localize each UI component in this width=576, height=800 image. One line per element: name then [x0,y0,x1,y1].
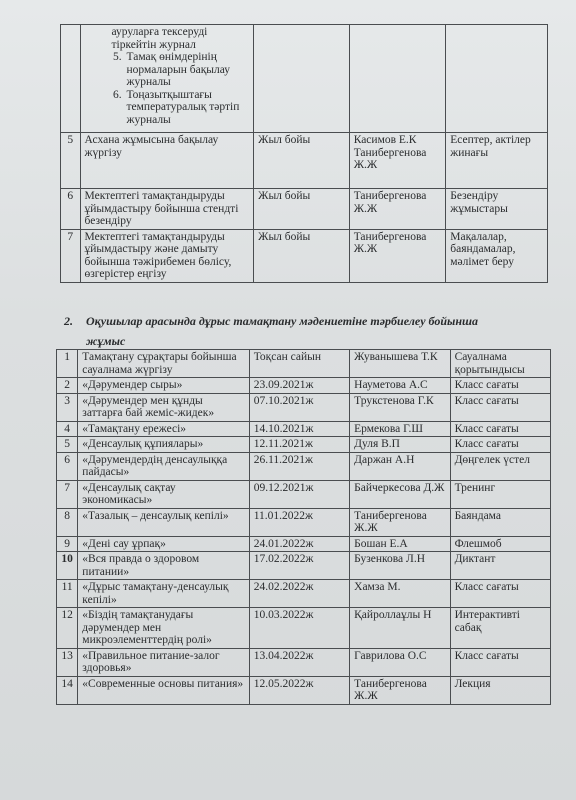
result-cell: Безендіру жұмыстары [446,189,548,230]
table-row: 5«Денсаулық құпиялары»12.11.2021жДуля В.… [57,437,551,453]
responsible-cell: Науметова А.С [350,378,450,394]
result-cell: Дөңгелек үстел [450,452,550,480]
row-number: 6 [61,189,81,230]
result-cell: Класс сағаты [450,648,550,676]
task-cell: ауруларға тексеруді тіркейтін журнал Там… [80,25,254,133]
responsible-cell: Даржан А.Н [350,452,450,480]
table-row: ауруларға тексеруді тіркейтін журнал Там… [61,25,548,133]
responsible-cell: Танибергенова Ж.Ж [349,229,446,282]
table-row: 12«Біздің тамақтанудағы дәрумендер мен м… [57,608,551,649]
when-cell: 13.04.2022ж [249,648,349,676]
responsible-cell: Танибергенова Ж.Ж [349,189,446,230]
task-cell: «Дәрумендер сыры» [78,378,249,394]
result-cell: Класс сағаты [450,580,550,608]
result-cell: Класс сағаты [450,437,550,453]
result-cell: Диктант [450,552,550,580]
task-cell: Мектептегі тамақтандыруды ұйымдастыру бо… [80,189,254,230]
when-cell: 11.01.2022ж [249,508,349,536]
row-number: 14 [57,676,78,704]
result-cell: Баяндама [450,508,550,536]
row-number: 7 [57,480,78,508]
task-cell: «Дені сау ұрпақ» [78,536,249,552]
task-cell: «Дәрумендердің денсаулыққа пайдасы» [78,452,249,480]
table-row: 6 Мектептегі тамақтандыруды ұйымдастыру … [61,189,548,230]
responsible-cell: Бузенкова Л.Н [350,552,450,580]
row-number: 7 [61,229,81,282]
when-cell: 17.02.2022ж [249,552,349,580]
result-cell: Сауалнама қорытындысы [450,350,550,378]
when-cell: Жыл бойы [254,229,350,282]
section-title-line1: Оқушылар арасында дұрыс тамақтану мәдени… [86,314,478,328]
journal-list: Тамақ өнімдерінің нормаларын бақылау жур… [85,51,250,126]
list-item: Тоңазытқыштағы температуралық тәртіп жур… [125,89,250,127]
when-cell: 12.11.2021ж [249,437,349,453]
list-item: Тамақ өнімдерінің нормаларын бақылау жур… [125,51,250,89]
responsible-cell: Танибергенова Ж.Ж [350,676,450,704]
row-number: 11 [57,580,78,608]
row-number: 8 [57,508,78,536]
responsible-cell: Дуля В.П [350,437,450,453]
table-row: 9«Дені сау ұрпақ»24.01.2022жБошан Е.АФле… [57,536,551,552]
table-row: 2«Дәрумендер сыры»23.09.2021жНауметова А… [57,378,551,394]
row-number: 12 [57,608,78,649]
table-row: 7«Денсаулық сақтау экономикасы»09.12.202… [57,480,551,508]
table-row: 13«Правильное питание-залог здоровья»13.… [57,648,551,676]
responsible-cell [349,25,446,133]
table-row: 6«Дәрумендердің денсаулыққа пайдасы»26.1… [57,452,551,480]
result-cell: Лекция [450,676,550,704]
row-number: 5 [61,133,81,189]
section-title-line2: жұмыс [64,331,524,351]
table-row: 4«Тамақтану ережесі»14.10.2021жЕрмекова … [57,421,551,437]
row-number [61,25,81,133]
row-number: 4 [57,421,78,437]
responsible-cell: Гаврилова О.С [350,648,450,676]
document-page: ауруларға тексеруді тіркейтін журнал Там… [0,0,576,800]
task-cell: «Тамақтану ережесі» [78,421,249,437]
when-cell [254,25,350,133]
when-cell: 24.02.2022ж [249,580,349,608]
responsible-cell: Хамза М. [350,580,450,608]
table-row: 7 Мектептегі тамақтандыруды ұйымдастыру … [61,229,548,282]
section-heading: 2.Оқушылар арасында дұрыс тамақтану мәде… [64,311,524,351]
table-row: 3«Дәрумендер мен құнды заттарға бай жемі… [57,393,551,421]
task-cell: «Біздің тамақтанудағы дәрумендер мен мик… [78,608,249,649]
continuation-text: ауруларға тексеруді тіркейтін журнал [85,26,250,51]
result-cell: Мақалалар, баяндамалар, мәлімет беру [446,229,548,282]
table-row: 11«Дұрыс тамақтану-денсаулық кепілі»24.0… [57,580,551,608]
task-cell: «Современные основы питания» [78,676,249,704]
table-row: 10«Вся правда о здоровом питании»17.02.2… [57,552,551,580]
responsible-cell: Бошан Е.А [350,536,450,552]
result-cell [446,25,548,133]
responsible-cell: Жуванышева Т.К [350,350,450,378]
row-number: 10 [57,552,78,580]
when-cell: 24.01.2022ж [249,536,349,552]
responsible-cell: Байчеркесова Д.Ж [350,480,450,508]
row-number: 3 [57,393,78,421]
when-cell: Жыл бойы [254,189,350,230]
when-cell: 12.05.2022ж [249,676,349,704]
task-cell: Тамақтану сұрақтары бойынша сауалнама жү… [78,350,249,378]
task-cell: «Денсаулық құпиялары» [78,437,249,453]
when-cell: Тоқсан сайын [249,350,349,378]
when-cell: 14.10.2021ж [249,421,349,437]
section-number: 2. [64,311,86,331]
when-cell: Жыл бойы [254,133,350,189]
task-cell: «Дұрыс тамақтану-денсаулық кепілі» [78,580,249,608]
task-cell: «Вся правда о здоровом питании» [78,552,249,580]
task-cell: «Тазалық – денсаулық кепілі» [78,508,249,536]
when-cell: 23.09.2021ж [249,378,349,394]
result-cell: Есептер, актілер жинағы [446,133,548,189]
result-cell: Флешмоб [450,536,550,552]
result-cell: Тренинг [450,480,550,508]
task-cell: «Дәрумендер мен құнды заттарға бай жеміс… [78,393,249,421]
row-number: 13 [57,648,78,676]
table-row: 1Тамақтану сұрақтары бойынша сауалнама ж… [57,350,551,378]
table-body: 1Тамақтану сұрақтары бойынша сауалнама ж… [57,350,551,705]
row-number: 5 [57,437,78,453]
task-cell: «Правильное питание-залог здоровья» [78,648,249,676]
row-number: 9 [57,536,78,552]
task-cell: «Денсаулық сақтау экономикасы» [78,480,249,508]
row-number: 6 [57,452,78,480]
when-cell: 07.10.2021ж [249,393,349,421]
result-cell: Интерактивті сабақ [450,608,550,649]
task-cell: Мектептегі тамақтандыруды ұйымдастыру жә… [80,229,254,282]
when-cell: 09.12.2021ж [249,480,349,508]
result-cell: Класс сағаты [450,378,550,394]
result-cell: Класс сағаты [450,421,550,437]
when-cell: 10.03.2022ж [249,608,349,649]
plan-table-part2: 1Тамақтану сұрақтары бойынша сауалнама ж… [56,349,551,705]
task-cell: Асхана жұмысына бақылау жүргізу [80,133,254,189]
table-row: 8«Тазалық – денсаулық кепілі»11.01.2022ж… [57,508,551,536]
table-row: 14«Современные основы питания»12.05.2022… [57,676,551,704]
responsible-cell: Танибергенова Ж.Ж [350,508,450,536]
responsible-cell: Ермекова Г.Ш [350,421,450,437]
result-cell: Класс сағаты [450,393,550,421]
responsible-cell: Трукстенова Г.К [350,393,450,421]
responsible-cell: Қайроллаұлы Н [350,608,450,649]
plan-table-part1: ауруларға тексеруді тіркейтін журнал Там… [60,24,548,283]
row-number: 2 [57,378,78,394]
when-cell: 26.11.2021ж [249,452,349,480]
responsible-cell: Касимов Е.К Танибергенова Ж.Ж [349,133,446,189]
table-row: 5 Асхана жұмысына бақылау жүргізу Жыл бо… [61,133,548,189]
row-number: 1 [57,350,78,378]
